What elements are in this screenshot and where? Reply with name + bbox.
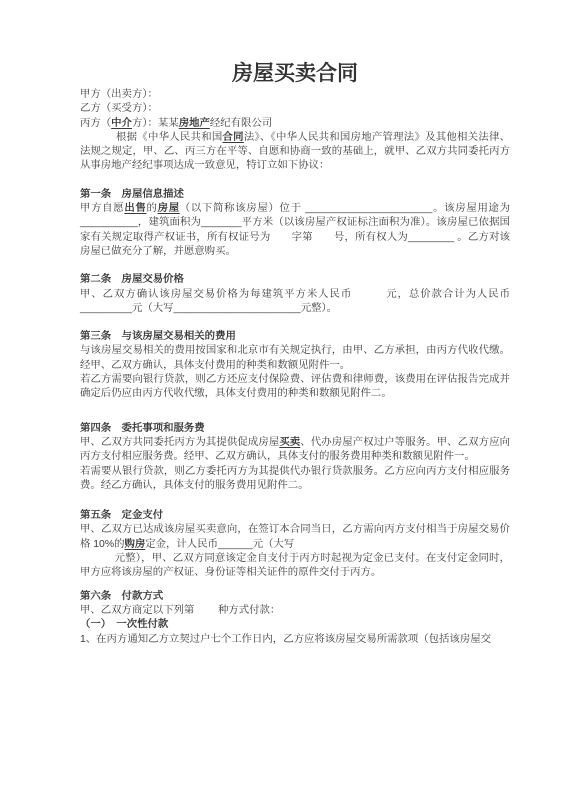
keyword-underlined: 合同	[223, 132, 244, 143]
text-run: 的	[147, 203, 158, 214]
keyword-underlined: 购房	[124, 539, 145, 550]
text-run: 与该房屋交易相关的费用按国家和北京市有关规定执行，由甲、乙方承担，由丙方代收代缴…	[80, 345, 510, 370]
section-heading: 第三条 与该房屋交易相关的费用	[80, 330, 510, 344]
contract-paragraph: 甲、乙双方共同委托丙方为其提供促成房屋买卖、代办房屋产权过户等服务。甲、乙双方应…	[80, 436, 510, 465]
contract-paragraph: 甲方自愿出售的房屋（以下简称该房屋）位于 ___________________…	[80, 202, 510, 259]
party-line-seller: 甲方（出卖方）：	[80, 88, 510, 102]
keyword-underlined: 出售	[124, 203, 146, 214]
keyword-underlined: 房地产	[179, 118, 210, 129]
bold-text-run: （一） 一次性付款	[80, 619, 168, 630]
section-clause-2: 第二条 房屋交易价格 甲、乙双方确认该房屋交易价格为每建筑平方米人民币 元，总价…	[80, 273, 510, 316]
section-heading: 第一条 房屋信息描述	[80, 188, 510, 202]
loan-service-paragraph: 若需要从银行贷款，则乙方委托丙方为其提供代办银行贷款服务。乙方应向丙方支付相应服…	[80, 465, 510, 494]
contract-paragraph: 与该房屋交易相关的费用按国家和北京市有关规定执行，由甲、乙方承担，由丙方代收代缴…	[80, 344, 510, 373]
section-clause-6: 第六条 付款方式 甲、乙双方商定以下列第 种方式付款： （一） 一次性付款 1、…	[80, 590, 510, 647]
text-run: 1、在丙方通知乙方立契过户七个工作日内，乙方应将该房屋交易所需款项（包括该房屋交	[80, 634, 491, 645]
text-run: 甲方自愿	[80, 203, 124, 214]
contract-paragraph: 甲、乙双方确认该房屋交易价格为每建筑平方米人民币 元，总价款合计为人民币____…	[80, 288, 510, 317]
keyword-underlined: 房屋	[158, 203, 180, 214]
section-clause-1: 第一条 房屋信息描述 甲方自愿出售的房屋（以下简称该房屋）位于 ________…	[80, 188, 510, 259]
text-run: 方）：某某	[132, 118, 179, 129]
subclause-heading: （一） 一次性付款	[80, 618, 510, 632]
text-run: 若乙方需要向银行贷款，则乙方还应支付保险费、评估费和律师费，该费用在评估报告完成…	[80, 374, 510, 399]
party-list: 甲方（出卖方）： 乙方（买受方）： 丙方（中介方）：某某房地产经纪有限公司	[80, 88, 510, 131]
contract-title: 房屋买卖合同	[80, 60, 510, 88]
text-run: 乙方（买受方）：	[80, 103, 158, 114]
text-run: 甲、乙双方商定以下列第 种方式付款：	[80, 605, 280, 616]
section-clause-4: 第四条 委托事项和服务费 甲、乙双方共同委托丙方为其提供促成房屋买卖、代办房屋产…	[80, 422, 510, 465]
numbered-item: 1、在丙方通知乙方立契过户七个工作日内，乙方应将该房屋交易所需款项（包括该房屋交	[80, 633, 510, 647]
section-heading: 第六条 付款方式	[80, 590, 510, 604]
text-run: 丙方（	[80, 118, 111, 129]
contract-content: 房屋买卖合同 甲方（出卖方）： 乙方（买受方）： 丙方（中介方）：某某房地产经纪…	[80, 60, 510, 647]
text-run: 甲、乙双方共同委托丙方为其提供促成房屋	[80, 437, 279, 448]
section-heading: 第五条 定金支付	[80, 509, 510, 523]
text-run: 甲方（出卖方）：	[80, 89, 158, 100]
keyword-underlined: 买卖	[279, 437, 300, 448]
intro-paragraph: 根据《中华人民共和国合同法》、《中华人民共和国房地产管理法》及其他相关法律、法规…	[80, 131, 510, 174]
section-clause-3: 第三条 与该房屋交易相关的费用 与该房屋交易相关的费用按国家和北京市有关规定执行…	[80, 330, 510, 401]
text-run: 甲、乙双方确认该房屋交易价格为每建筑平方米人民币 元，总价款合计为人民币____…	[80, 289, 510, 314]
party-line-buyer: 乙方（买受方）：	[80, 102, 510, 116]
contract-paragraph: 甲、乙双方已达成该房屋买卖意向，在签订本合同当日，乙方需向丙方支付相当于房屋交易…	[80, 523, 510, 580]
section-heading: 第四条 委托事项和服务费	[80, 422, 510, 436]
text-run: 定金，计人民币______元（大写 元整），甲、乙双方同意该定金自支付于丙方时起…	[80, 539, 510, 579]
text-run: 经纪有限公司	[210, 118, 272, 129]
keyword-underlined: 中介	[111, 118, 132, 129]
text-run: 根据《中华人民共和国	[116, 132, 223, 143]
contract-paragraph: 若乙方需要向银行贷款，则乙方还应支付保险费、评估费和律师费，该费用在评估报告完成…	[80, 373, 510, 402]
party-line-agent: 丙方（中介方）：某某房地产经纪有限公司	[80, 117, 510, 131]
contract-document-page: 房屋买卖合同 甲方（出卖方）： 乙方（买受方）： 丙方（中介方）：某某房地产经纪…	[0, 0, 566, 800]
section-heading: 第二条 房屋交易价格	[80, 273, 510, 287]
text-run: 若需要从银行贷款，则乙方委托丙方为其提供代办银行贷款服务。乙方应向丙方支付相应服…	[80, 466, 510, 491]
section-clause-5: 第五条 定金支付 甲、乙双方已达成该房屋买卖意向，在签订本合同当日，乙方需向丙方…	[80, 509, 510, 580]
contract-paragraph: 甲、乙双方商定以下列第 种方式付款：	[80, 604, 510, 618]
